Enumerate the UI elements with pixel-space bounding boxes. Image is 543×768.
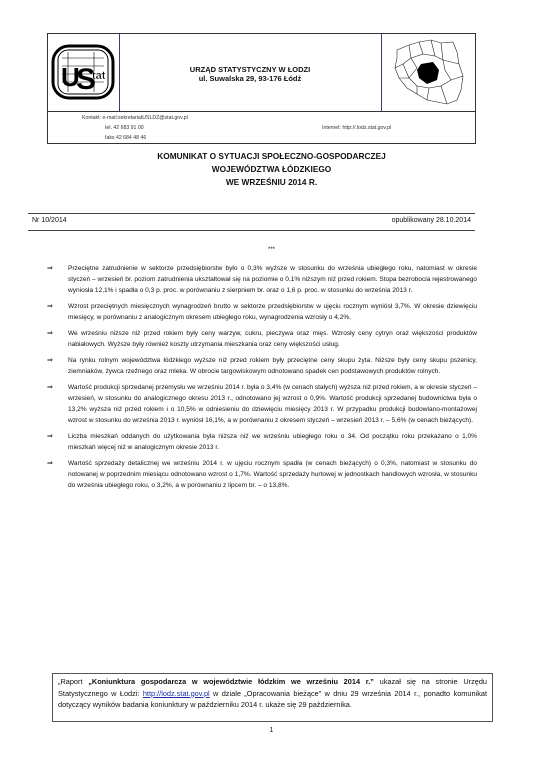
bullet-item: ⇒We wrześniu niższe niż przed rokiem był… xyxy=(47,328,477,350)
office-address: ul. Suwalska 29, 93-176 Łódź xyxy=(119,74,381,83)
ustat-logo: U S tat xyxy=(48,34,120,111)
page-number: 1 xyxy=(0,727,543,734)
bullet-item: ⇒Wartość produkcji sprzedanej przemysłu … xyxy=(47,382,477,426)
notice-report-title: „Koniunktura gospodarcza w województwie … xyxy=(88,677,374,686)
bullet-item: ⇒Przeciętne zatrudnienie w sektorze prze… xyxy=(47,263,477,296)
bullet-text: Na rynku rolnym województwa łódzkiego wy… xyxy=(68,357,477,375)
bullet-text: Wzrost przeciętnych miesięcznych wynagro… xyxy=(68,303,477,321)
poland-map xyxy=(381,34,477,111)
bullet-item: ⇒Wartość sprzedaży detalicznej we wrześn… xyxy=(47,458,477,491)
bullet-text: Przeciętne zatrudnienie w sektorze przed… xyxy=(68,265,477,294)
office-info: URZĄD STATYSTYCZNY W ŁODZI ul. Suwalska … xyxy=(119,34,382,111)
double-arrow-icon: ⇒ xyxy=(47,431,53,442)
double-arrow-icon: ⇒ xyxy=(47,263,53,274)
office-name: URZĄD STATYSTYCZNY W ŁODZI xyxy=(119,65,381,74)
letterhead: U S tat URZĄD STATYSTYCZNY W ŁODZI ul. S… xyxy=(47,33,476,144)
title-line-1: KOMUNIKAT O SYTUACJI SPOŁECZNO-GOSPODARC… xyxy=(0,150,543,163)
bullet-list: ⇒Przeciętne zatrudnienie w sektorze prze… xyxy=(47,263,477,496)
ustat-logo-icon: U S tat xyxy=(48,34,119,111)
bullet-item: ⇒Wzrost przeciętnych miesięcznych wynagr… xyxy=(47,301,477,323)
bullet-text: Wartość produkcji sprzedanej przemysłu w… xyxy=(68,384,477,424)
title-line-2: WOJEWÓDZTWA ŁÓDZKIEGO xyxy=(0,163,543,176)
contact-fax: faks 42 684 48 46 xyxy=(105,135,146,141)
double-arrow-icon: ⇒ xyxy=(47,458,53,469)
contact-info: Kontakt: e-mail:sekretariatUSLDZ@stat.go… xyxy=(48,112,475,145)
double-arrow-icon: ⇒ xyxy=(47,301,53,312)
bullet-item: ⇒Liczba mieszkań oddanych do użytkowania… xyxy=(47,431,477,453)
contact-email: Kontakt: e-mail:sekretariatUSLDZ@stat.go… xyxy=(82,115,188,121)
publication-date: opublikowany 28.10.2014 xyxy=(392,217,471,224)
notice-prefix: „Raport xyxy=(58,677,88,686)
contact-internet: Internet: http://.lodz.stat.gov.pl xyxy=(322,125,391,131)
bullet-text: Wartość sprzedaży detalicznej we wrześni… xyxy=(68,460,477,489)
issue-bar: Nr 10/2014 opublikowany 28.10.2014 xyxy=(28,213,475,231)
poland-map-icon xyxy=(381,34,477,111)
notice-link[interactable]: http://lodz.stat.gov.pl xyxy=(143,689,210,698)
double-arrow-icon: ⇒ xyxy=(47,355,53,366)
letterhead-top-row: U S tat URZĄD STATYSTYCZNY W ŁODZI ul. S… xyxy=(48,34,475,112)
separator: *** xyxy=(0,247,543,253)
svg-text:tat: tat xyxy=(92,70,106,82)
bullet-text: Liczba mieszkań oddanych do użytkowania … xyxy=(68,433,477,451)
contact-tel: tel. 42 683 91 00 xyxy=(105,125,144,131)
title-line-3: WE WRZEŚNIU 2014 R. xyxy=(0,176,543,189)
issue-number: Nr 10/2014 xyxy=(32,217,67,224)
double-arrow-icon: ⇒ xyxy=(47,382,53,393)
report-notice: „Raport „Koniunktura gospodarcza w wojew… xyxy=(52,673,493,722)
bullet-item: ⇒Na rynku rolnym województwa łódzkiego w… xyxy=(47,355,477,377)
double-arrow-icon: ⇒ xyxy=(47,328,53,339)
bullet-text: We wrześniu niższe niż przed rokiem były… xyxy=(68,330,477,348)
document-title: KOMUNIKAT O SYTUACJI SPOŁECZNO-GOSPODARC… xyxy=(0,150,543,189)
